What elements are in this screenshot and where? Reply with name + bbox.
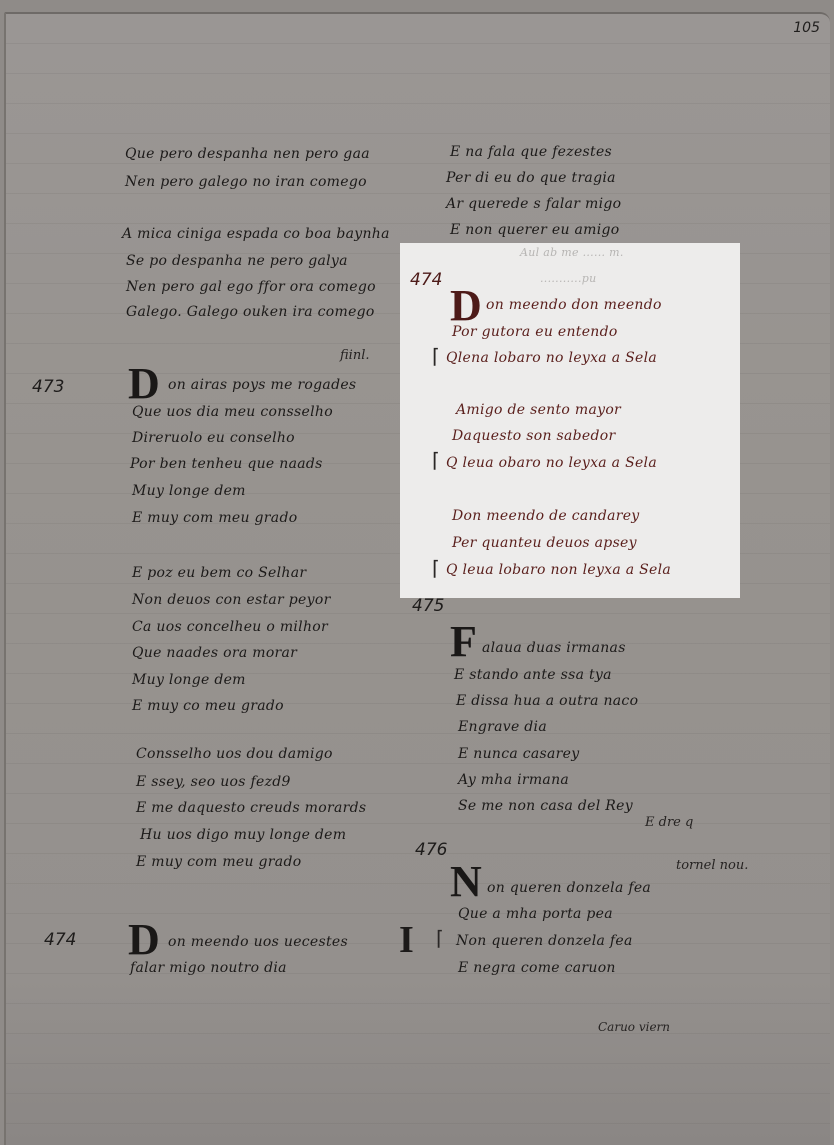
verse-line: Q leua lobaro non leyxa a Sela (446, 562, 671, 578)
verse-line: Consselho uos dou damigo (136, 746, 333, 762)
verse-line: Nen pero gal ego ffor ora comego (126, 279, 376, 295)
section-marker: I (399, 918, 414, 962)
verse-line: Que naades ora morar (132, 645, 297, 661)
verse-line: Por gutora eu entendo (452, 324, 618, 340)
verse-line: Muy longe dem (132, 672, 246, 688)
refrain-bracket-icon: ⌈ (432, 448, 440, 472)
verse-line: Nen pero galego no iran comego (125, 174, 367, 190)
faint-line: ...........pu (540, 272, 597, 285)
verse-line: Qlena lobaro no leyxa a Sela (446, 350, 657, 366)
verse-line: Engrave dia (458, 719, 547, 735)
verse-line: Se po despanha ne pero galya (126, 253, 348, 269)
margin-note: tornel nou. (676, 858, 748, 873)
verse-line: E me daquesto creuds morards (136, 800, 366, 816)
verse-line: Que a mha porta pea (458, 906, 613, 922)
poem-number: 475 (412, 596, 444, 616)
folio-number: 105 (793, 20, 820, 36)
verse-line: E na fala que fezestes (450, 144, 612, 160)
verse-line: E negra come caruon (458, 960, 616, 976)
verse-line: E non querer eu amigo (450, 222, 620, 238)
initial-letter: D (128, 362, 160, 406)
poem-number: 474 (44, 930, 76, 950)
poem-number: 476 (415, 840, 447, 860)
verse-line: Hu uos digo muy longe dem (140, 827, 346, 843)
margin-note: E dre q (645, 815, 693, 830)
faint-line: Aul ab me ...... m. (520, 246, 624, 259)
poem-number: 474 (410, 270, 442, 290)
verse-line: Per quanteu deuos apsey (452, 535, 637, 551)
verse-line: E nunca casarey (458, 746, 579, 762)
verse-line: alaua duas irmanas (482, 640, 626, 656)
verse-line: Non deuos con estar peyor (132, 592, 331, 608)
verse-line: Que pero despanha nen pero gaa (125, 146, 370, 162)
verse-line: Amigo de sento mayor (456, 402, 621, 418)
initial-letter: N (450, 860, 482, 904)
verse-line: on queren donzela fea (487, 880, 651, 896)
initial-letter: D (128, 918, 160, 962)
verse-line: Non queren donzela fea (456, 933, 633, 949)
verse-line: Se me non casa del Rey (458, 798, 633, 814)
footer-note: Caruo viern (598, 1020, 670, 1034)
verse-line: E stando ante ssa tya (454, 667, 612, 683)
verse-line: E muy com meu grado (132, 510, 297, 526)
verse-line: on meendo don meendo (486, 297, 662, 313)
refrain-bracket-icon: ⌈ (432, 556, 440, 580)
verse-line: falar migo noutro dia (130, 960, 287, 976)
initial-letter: D (450, 284, 482, 328)
verse-line: Per di eu do que tragia (446, 170, 616, 186)
fiinda-note: fiinl. (340, 348, 370, 363)
refrain-bracket-icon: ⌈ (436, 926, 444, 950)
verse-line: Ca uos concelheu o milhor (132, 619, 328, 635)
verse-line: E ssey, seo uos fezd9 (136, 774, 291, 790)
verse-line: A mica ciniga espada co boa baynha (122, 226, 390, 242)
verse-line: Daquesto son sabedor (452, 428, 615, 444)
verse-line: Que uos dia meu consselho (132, 404, 333, 420)
verse-line: Don meendo de candarey (452, 508, 640, 524)
verse-line: on airas poys me rogades (168, 377, 356, 393)
verse-line: Galego. Galego ouken ira comego (126, 304, 375, 320)
verse-line: Ay mha irmana (458, 772, 569, 788)
verse-line: E muy co meu grado (132, 698, 284, 714)
verse-line: Ar querede s falar migo (446, 196, 621, 212)
verse-line: E dissa hua a outra naco (456, 693, 638, 709)
verse-line: E muy com meu grado (136, 854, 301, 870)
verse-line: Muy longe dem (132, 483, 246, 499)
verse-line: on meendo uos uecestes (168, 934, 348, 950)
verse-line: E poz eu bem co Selhar (132, 565, 306, 581)
initial-letter: F (450, 620, 477, 664)
poem-number: 473 (32, 377, 64, 397)
refrain-bracket-icon: ⌈ (432, 344, 440, 368)
verse-line: Q leua obaro no leyxa a Sela (446, 455, 657, 471)
verse-line: Direruolo eu conselho (132, 430, 295, 446)
verse-line: Por ben tenheu que naads (130, 456, 323, 472)
